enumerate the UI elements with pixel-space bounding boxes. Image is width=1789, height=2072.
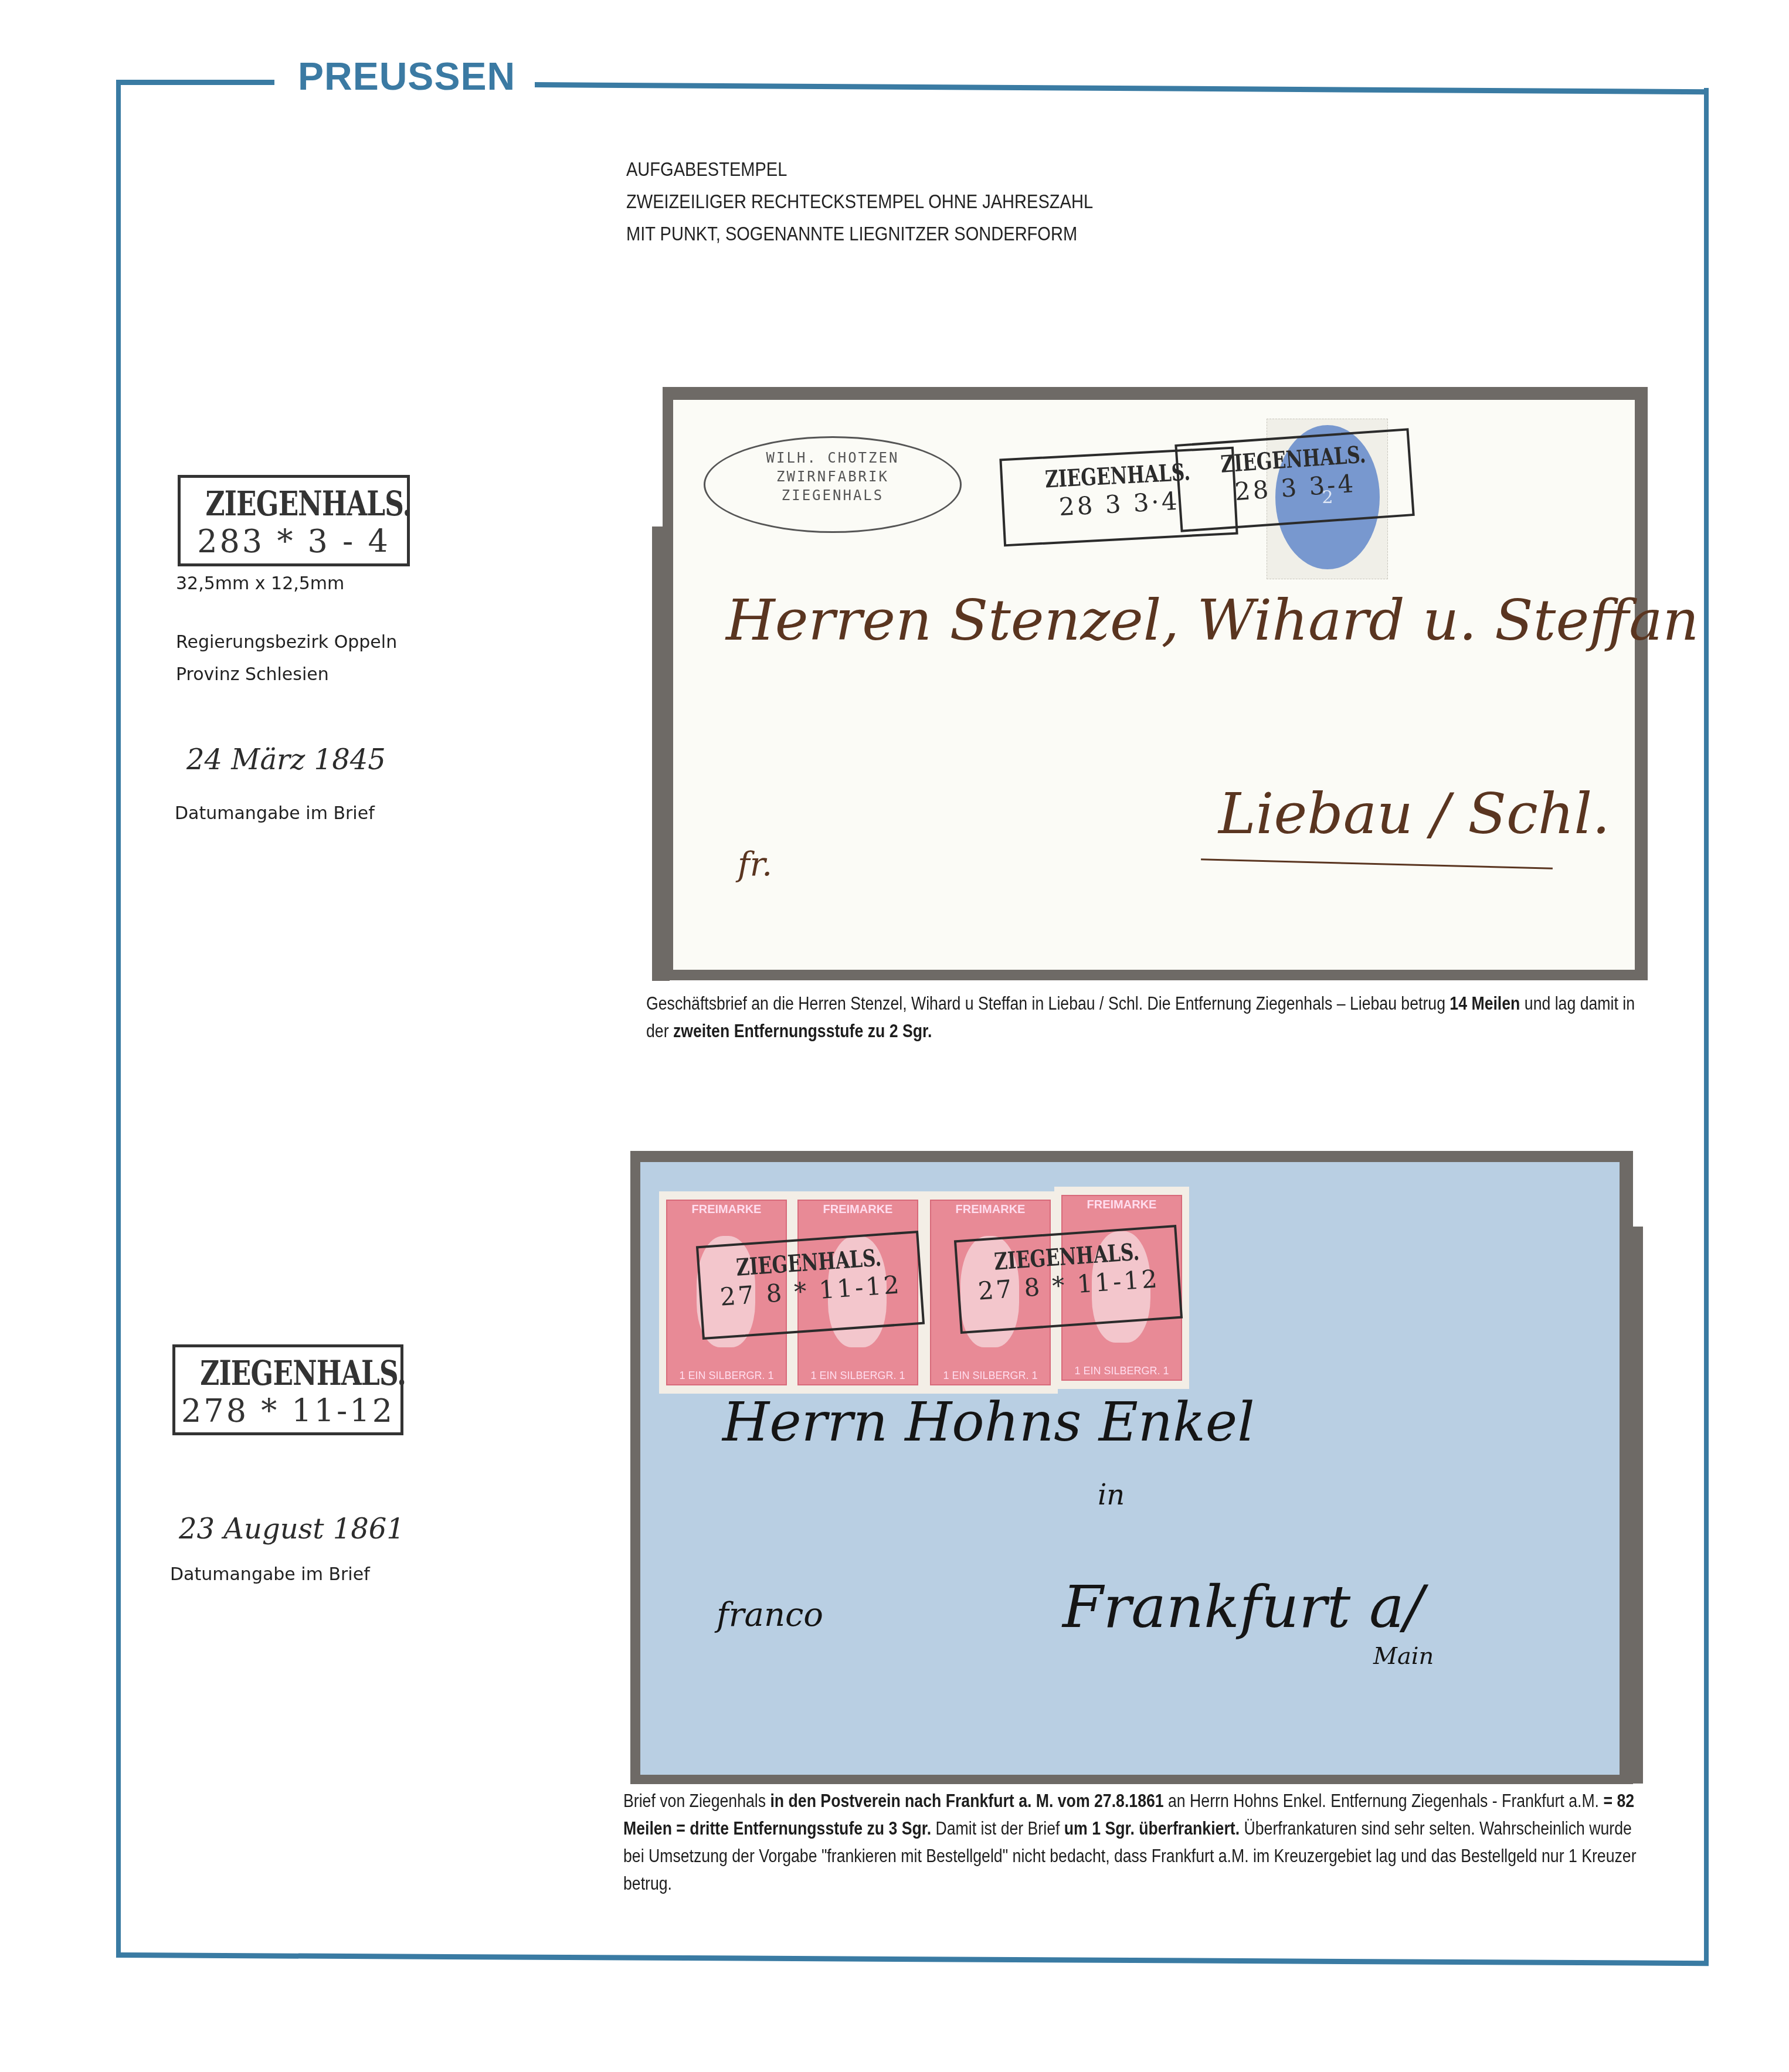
address-line-1: Herren Stenzel, Wihard u. Steffan [726, 587, 1699, 653]
cover-2: FREIMARKE 1 EIN SILBERGR. 1 FREIMARKE 1 … [640, 1162, 1620, 1775]
address-line-3: Frankfurt a/ [1062, 1572, 1424, 1641]
handwritten-date-2: 23 August 1861 [179, 1513, 405, 1545]
frame-left [116, 80, 121, 1953]
cover-mount-1-tab [652, 527, 670, 981]
header-line-3: MIT PUNKT, SOGENANNTE LIEGNITZER SONDERF… [626, 223, 1077, 245]
postmark-date: 278 * 11-12 [175, 1393, 400, 1429]
postmark-town: ZIEGENHALS. [205, 484, 382, 524]
address-line-1: Herrn Hohns Enkel [722, 1391, 1255, 1453]
frame-top-left [117, 80, 274, 85]
cover-mount-2-tab [1624, 1227, 1643, 1784]
frame-top-right [535, 82, 1707, 94]
postmark-date: 283 * 3 - 4 [181, 524, 407, 560]
cover-1-caption: Geschäftsbrief an die Herren Stenzel, Wi… [646, 990, 1655, 1045]
frame-bottom [116, 1952, 1709, 1966]
cover-2-caption: Brief von Ziegenhals in den Postverein n… [623, 1787, 1652, 1897]
postmark-town: ZIEGENHALS. [200, 1353, 376, 1393]
region-line-1: Regierungsbezirk Oppeln [176, 632, 397, 653]
franco-note: franco [717, 1596, 823, 1634]
postmark-illustration-2: ZIEGENHALS. 278 * 11-12 [172, 1344, 403, 1435]
region-line-2: Provinz Schlesien [176, 664, 329, 685]
postmark-illustration-1: ZIEGENHALS. 283 * 3 - 4 [178, 475, 410, 566]
address-line-4: Main [1373, 1643, 1434, 1670]
date-label-2: Datumangabe im Brief [170, 1564, 370, 1585]
header-line-1: AUFGABESTEMPEL [626, 158, 787, 181]
company-cachet: WILH. CHOTZEN ZWIRNFABRIK ZIEGENHALS [704, 436, 962, 533]
address-line-2: in [1098, 1479, 1125, 1511]
postmark-strike-2: ZIEGENHALS. 28 3 3-4 [1174, 428, 1414, 532]
page-title: PREUSSEN [298, 54, 515, 98]
postmark-strike-4: ZIEGENHALS. 27 8 * 11-12 [954, 1225, 1183, 1334]
handwritten-date-1: 24 März 1845 [186, 743, 386, 776]
header-line-2: ZWEIZEILIGER RECHTECKSTEMPEL OHNE JAHRES… [626, 191, 1093, 213]
frame-right [1704, 88, 1709, 1961]
cover-1: WILH. CHOTZEN ZWIRNFABRIK ZIEGENHALS ZIE… [673, 400, 1635, 970]
postmark-dimensions: 32,5mm x 12,5mm [176, 573, 344, 594]
address-underline [1201, 858, 1553, 869]
postmark-strike-3: ZIEGENHALS. 27 8 * 11-12 [696, 1231, 925, 1340]
franco-note: fr. [738, 845, 772, 884]
date-label-1: Datumangabe im Brief [175, 803, 375, 824]
address-line-2: Liebau / Schl. [1218, 781, 1610, 847]
